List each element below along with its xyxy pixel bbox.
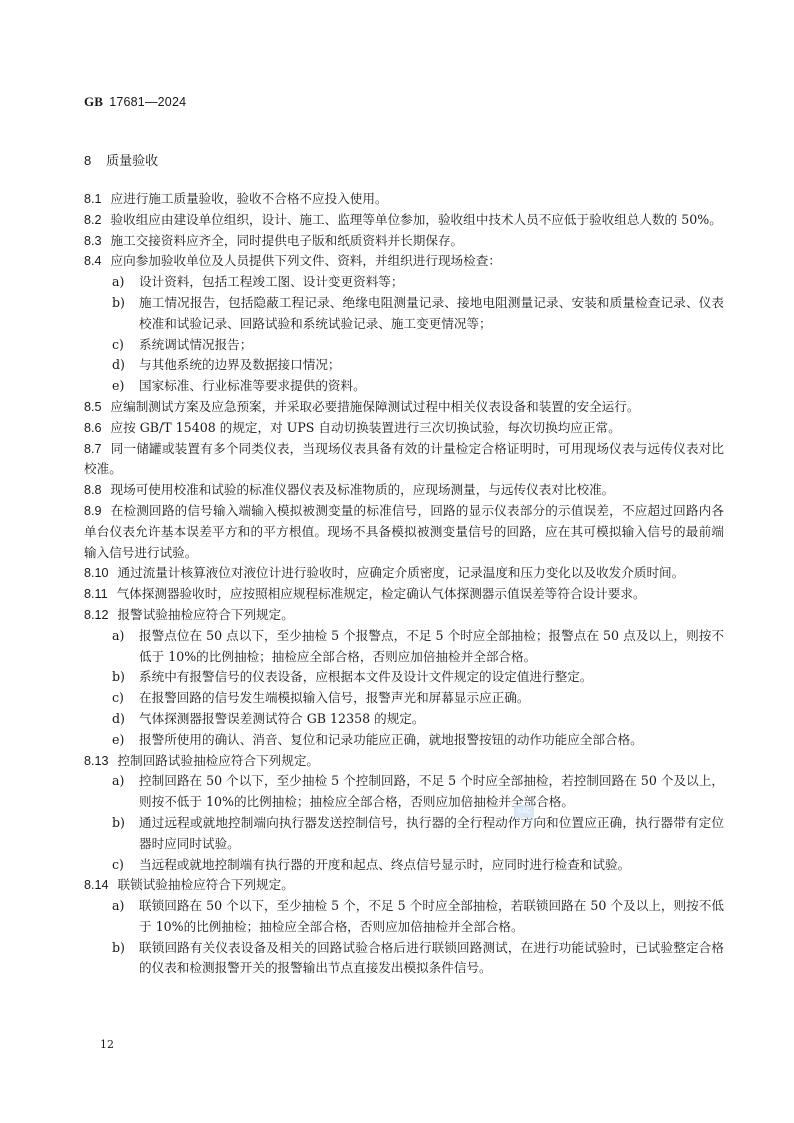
list-item-text: 系统中有报警信号的仪表设备，应根据本文件及设计文件规定的设定值进行整定。: [139, 669, 592, 684]
list-item-label: a): [112, 272, 124, 293]
chapter-heading: 8 质量验收: [84, 150, 158, 169]
standard-prefix: GB: [84, 94, 103, 109]
list-item: b)系统中有报警信号的仪表设备，应根据本文件及设计文件规定的设定值进行整定。: [84, 667, 724, 688]
list-item-text: 气体探测器报警误差测试符合 GB 12358 的规定。: [139, 711, 424, 726]
clause-8-10: 8.10通过流量计核算液位对液位计进行验收时，应确定介质密度，记录温度和压力变化…: [84, 563, 724, 584]
clause-number: 8.9: [84, 504, 102, 518]
clause-8-13: 8.13控制回路试验抽检应符合下列规定。: [84, 751, 724, 772]
clause-number: 8.11: [84, 587, 108, 601]
clause-number: 8.6: [84, 421, 102, 435]
list-item-text: 报警所使用的确认、消音、复位和记录功能应正确，就地报警按钮的动作功能应全部合格。: [139, 732, 643, 747]
clause-number: 8.5: [84, 400, 102, 414]
list-item: a)报警点位在 50 点以下，至少抽检 5 个报警点，不足 5 个时应全部抽检；…: [84, 626, 724, 668]
list-item: b)联锁回路有关仪表设备及相关的回路试验合格后进行联锁回路测试，在进行功能试验时…: [84, 938, 724, 980]
clause-8-5: 8.5应编制测试方案及应急预案，并采取必要措施保障测试过程中相关仪表设备和装置的…: [84, 397, 724, 418]
list-item: c)系统调试情况报告；: [84, 335, 724, 356]
clause-number: 8.1: [84, 192, 102, 206]
clause-text: 气体探测器验收时，应按照相应规程标准规定，检定确认气体探测器示值误差等符合设计要…: [117, 586, 646, 601]
list-item-text: 联锁回路在 50 个以下，至少抽检 5 个，不足 5 个时应全部抽检，若联锁回路…: [139, 898, 724, 934]
clause-number: 8.7: [84, 442, 102, 456]
clause-text: 联锁试验抽检应符合下列规定。: [118, 877, 294, 892]
clause-8-6: 8.6应按 GB/T 15408 的规定，对 UPS 自动切换装置进行三次切换试…: [84, 418, 724, 439]
clause-8-14: 8.14联锁试验抽检应符合下列规定。: [84, 875, 724, 896]
watermark-logo: SAC: [514, 805, 534, 818]
clause-number: 8.3: [84, 234, 102, 248]
clause-text: 应编制测试方案及应急预案，并采取必要措施保障测试过程中相关仪表设备和装置的安全运…: [111, 399, 640, 414]
list-item-label: e): [112, 730, 124, 751]
clause-text: 通过流量计核算液位对液位计进行验收时，应确定介质密度，记录温度和压力变化以及收发…: [118, 565, 685, 580]
clause-text: 同一储罐或装置有多个同类仪表，当现场仪表具备有效的计量检定合格证明时，可用现场仪…: [84, 441, 724, 477]
list-item: a)联锁回路在 50 个以下，至少抽检 5 个，不足 5 个时应全部抽检，若联锁…: [84, 896, 724, 938]
list-item-label: a): [112, 626, 124, 647]
list-item-text: 报警点位在 50 点以下，至少抽检 5 个报警点，不足 5 个时应全部抽检；报警…: [139, 628, 724, 664]
list-item: b)通过远程或就地控制端向执行器发送控制信号，执行器的全行程动作方向和位置应正确…: [84, 813, 724, 855]
clause-number: 8.8: [84, 483, 102, 497]
clause-8-12: 8.12报警试验抽检应符合下列规定。: [84, 605, 724, 626]
list-item-text: 国家标准、行业标准等要求提供的资料。: [139, 378, 366, 393]
list-item-label: e): [112, 376, 124, 397]
clause-text: 在检测回路的信号输入端输入模拟被测变量的标准信号，回路的显示仪表部分的示值误差，…: [84, 503, 724, 560]
clause-8-3: 8.3施工交接资料应齐全，同时提供电子版和纸质资料并长期保存。: [84, 231, 724, 252]
list-item-label: d): [112, 709, 125, 730]
page-number: 12: [100, 1038, 114, 1051]
list-item-text: 当远程或就地控制端有执行器的开度和起点、终点信号显示时，应同时进行检查和试验。: [139, 857, 630, 872]
list-item: c)当远程或就地控制端有执行器的开度和起点、终点信号显示时，应同时进行检查和试验…: [84, 855, 724, 876]
list-item: d)气体探测器报警误差测试符合 GB 12358 的规定。: [84, 709, 724, 730]
clause-text: 应按 GB/T 15408 的规定，对 UPS 自动切换装置进行三次切换试验，每…: [111, 420, 621, 435]
list-item-label: c): [112, 688, 124, 709]
list-item: e)国家标准、行业标准等要求提供的资料。: [84, 376, 724, 397]
clause-number: 8.10: [84, 566, 109, 580]
clause-list: 8.1应进行施工质量验收，验收不合格不应投入使用。8.2验收组应由建设单位组织，…: [84, 189, 724, 979]
list-item-text: 与其他系统的边界及数据接口情况；: [139, 357, 341, 372]
document-page: GB17681—2024 8 质量验收 8.1应进行施工质量验收，验收不合格不应…: [0, 0, 794, 1123]
standard-number: 17681—2024: [109, 95, 186, 109]
standard-header: GB17681—2024: [84, 94, 186, 110]
clause-text: 施工交接资料应齐全，同时提供电子版和纸质资料并长期保存。: [111, 233, 464, 248]
clause-8-2: 8.2验收组应由建设单位组织，设计、施工、监理等单位参加，验收组中技术人员不应低…: [84, 210, 724, 231]
list-item-text: 系统调试情况报告；: [139, 337, 252, 352]
list-item-label: a): [112, 771, 124, 792]
clause-number: 8.13: [84, 754, 109, 768]
chapter-number: 8: [84, 153, 102, 168]
list-item-label: c): [112, 335, 124, 356]
list-item-text: 设计资料，包括工程竣工图、设计变更资料等；: [139, 274, 403, 289]
list-item-text: 施工情况报告，包括隐蔽工程记录、绝缘电阻测量记录、接地电阻测量记录、安装和质量检…: [139, 295, 724, 331]
list-item-label: b): [112, 813, 125, 834]
list-item-label: d): [112, 355, 125, 376]
clause-text: 应进行施工质量验收，验收不合格不应投入使用。: [111, 191, 388, 206]
chapter-title: 质量验收: [106, 154, 158, 169]
list-item-label: c): [112, 855, 124, 876]
clause-number: 8.4: [84, 254, 102, 268]
clause-number: 8.12: [84, 608, 109, 622]
list-item-label: b): [112, 293, 125, 314]
list-item: a)设计资料，包括工程竣工图、设计变更资料等；: [84, 272, 724, 293]
clause-8-4: 8.4应向参加验收单位及人员提供下列文件、资料，并组织进行现场检查：: [84, 251, 724, 272]
list-item-text: 在报警回路的信号发生端模拟输入信号，报警声光和屏幕显示应正确。: [139, 690, 529, 705]
clause-8-11: 8.11气体探测器验收时，应按照相应规程标准规定，检定确认气体探测器示值误差等符…: [84, 584, 724, 605]
clause-text: 应向参加验收单位及人员提供下列文件、资料，并组织进行现场检查：: [111, 253, 501, 268]
clause-text: 现场可使用校准和试验的标准仪器仪表及标准物质的，应现场测量，与远传仪表对比校准。: [111, 482, 615, 497]
list-item: a)控制回路在 50 个以下，至少抽检 5 个控制回路，不足 5 个时应全部抽检…: [84, 771, 724, 813]
clause-8-1: 8.1应进行施工质量验收，验收不合格不应投入使用。: [84, 189, 724, 210]
clause-8-9: 8.9在检测回路的信号输入端输入模拟被测变量的标准信号，回路的显示仪表部分的示值…: [84, 501, 724, 563]
clause-8-8: 8.8现场可使用校准和试验的标准仪器仪表及标准物质的，应现场测量，与远传仪表对比…: [84, 480, 724, 501]
clause-number: 8.14: [84, 878, 109, 892]
list-item-text: 联锁回路有关仪表设备及相关的回路试验合格后进行联锁回路测试，在进行功能试验时，已…: [139, 940, 724, 976]
list-item: d)与其他系统的边界及数据接口情况；: [84, 355, 724, 376]
list-item-label: b): [112, 938, 125, 959]
list-item-label: b): [112, 667, 125, 688]
clause-text: 控制回路试验抽检应符合下列规定。: [118, 753, 320, 768]
list-item-label: a): [112, 896, 124, 917]
list-item: c)在报警回路的信号发生端模拟输入信号，报警声光和屏幕显示应正确。: [84, 688, 724, 709]
clause-number: 8.2: [84, 213, 102, 227]
clause-text: 验收组应由建设单位组织，设计、施工、监理等单位参加，验收组中技术人员不应低于验收…: [111, 212, 722, 227]
list-item: e)报警所使用的确认、消音、复位和记录功能应正确，就地报警按钮的动作功能应全部合…: [84, 730, 724, 751]
clause-8-7: 8.7同一储罐或装置有多个同类仪表，当现场仪表具备有效的计量检定合格证明时，可用…: [84, 439, 724, 481]
clause-text: 报警试验抽检应符合下列规定。: [118, 607, 294, 622]
list-item-text: 控制回路在 50 个以下，至少抽检 5 个控制回路，不足 5 个时应全部抽检，若…: [139, 773, 724, 809]
list-item-text: 通过远程或就地控制端向执行器发送控制信号，执行器的全行程动作方向和位置应正确，执…: [139, 815, 724, 851]
list-item: b)施工情况报告，包括隐蔽工程记录、绝缘电阻测量记录、接地电阻测量记录、安装和质…: [84, 293, 724, 335]
